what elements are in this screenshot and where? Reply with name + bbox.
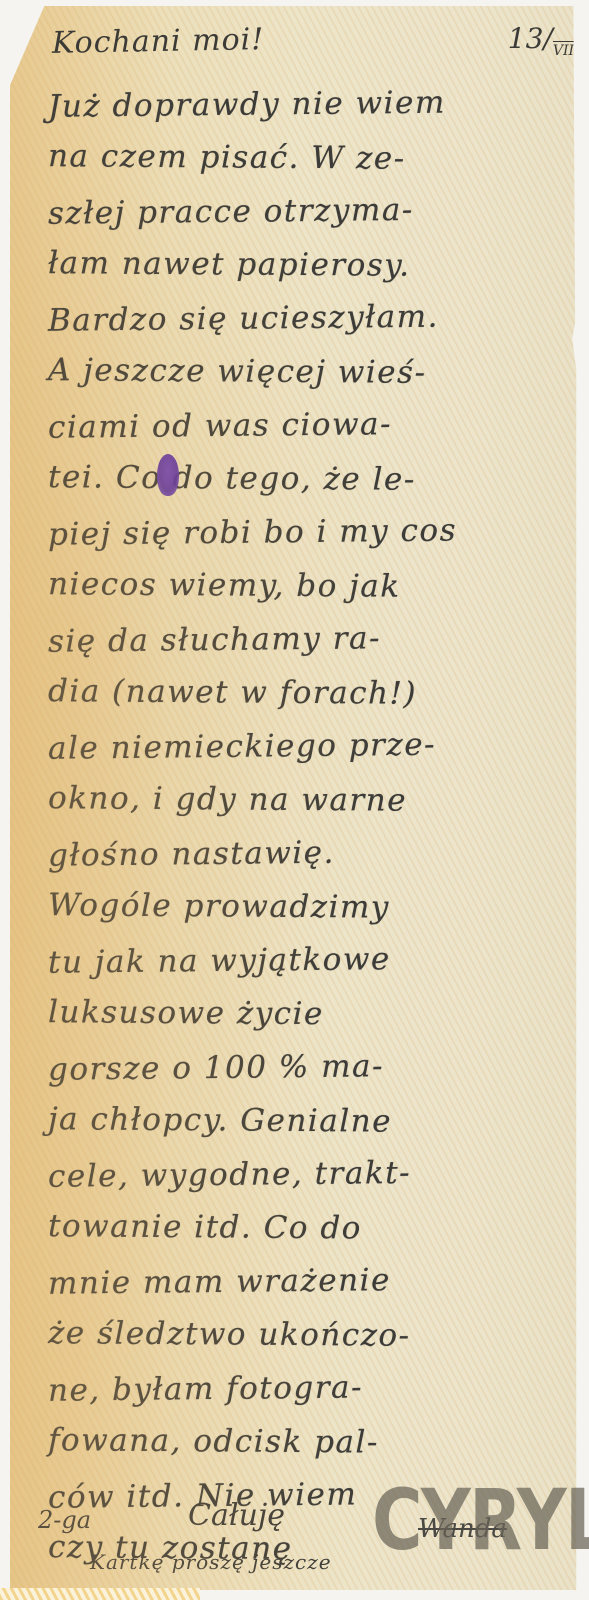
text-line: fowana, odcisk pal- [48,1414,568,1471]
text-line: piej się robi bo i my cos [48,503,569,562]
date-month: VII [553,41,574,59]
text-line: głośno nastawię. [48,824,569,883]
text-line: luksusowe życie [48,986,568,1043]
text-line: ja chłopcy. Genialne [48,1093,568,1150]
text-line: się da słuchamy ra- [48,610,569,669]
text-line: że śledztwo ukończo- [48,1307,568,1364]
text-line: A jeszcze więcej wieś- [48,344,568,401]
text-line: okno, i gdy na warne [48,772,568,829]
greeting: Kochani moi! [52,22,265,61]
text-line: mnie mam wrażenie [48,1252,569,1311]
text-line: dia (nawet w forach!) [48,665,568,722]
text-line: niecos wiemy, bo jak [48,558,568,615]
text-line: ciami od was ciowa- [48,396,569,455]
archive-watermark: CYRYL [372,1478,589,1562]
text-line: szłej pracce otrzyma- [48,182,569,241]
letter-header: Kochani moi! 13/VII [52,20,582,80]
text-line: Wogóle prowadzimy [48,879,568,936]
postscript: Kartkę proszę jeszcze [90,1550,332,1574]
text-line: łam nawet papierosy. [48,237,568,294]
purple-ink-stain [157,454,179,496]
text-line: tei. Co do tego, że le- [48,451,568,508]
document-scan: Kochani moi! 13/VII Już doprawdy nie wie… [0,0,589,1600]
date: 13/VII [508,22,574,59]
letter-paper: Kochani moi! 13/VII Już doprawdy nie wie… [10,6,582,1590]
text-line: Już doprawdy nie wiem [48,75,569,134]
date-day: 13 [508,22,544,55]
letter-body: Już doprawdy nie wiem na czem pisać. W z… [48,78,568,1576]
paper-edge-stain [0,1588,200,1600]
text-line: tu jak na wyjątkowe [48,931,569,990]
text-line: ne, byłam fotogra- [48,1359,569,1418]
text-line: cele, wygodne, trakt- [48,1145,569,1204]
text-line: Bardzo się ucieszyłam. [48,289,569,348]
closing-kiss: Całuję [188,1498,285,1533]
closing-number: 2-ga [38,1506,91,1534]
text-line: ale niemieckiego prze- [48,717,569,776]
text-line: gorsze o 100 % ma- [48,1038,569,1097]
text-line: towanie itd. Co do [48,1200,568,1257]
text-line: na czem pisać. W ze- [48,130,568,187]
